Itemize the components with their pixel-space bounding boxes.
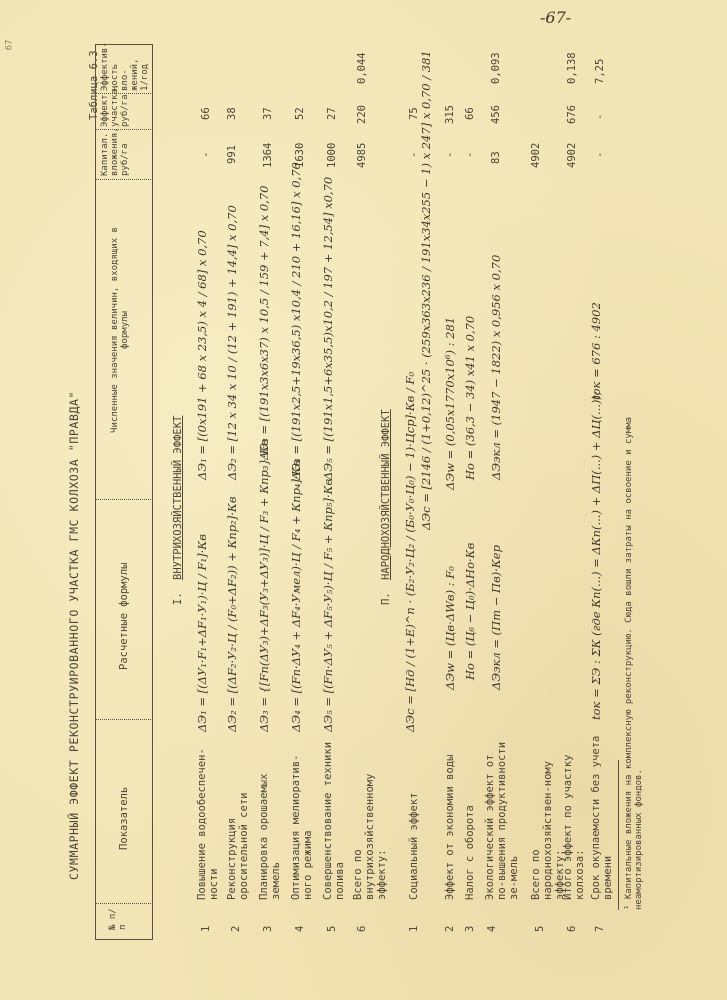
row-num: 4 <box>486 926 498 932</box>
row-num: 6 <box>566 926 578 932</box>
row-effect: 38 <box>226 107 238 120</box>
row-num: 2 <box>230 926 242 932</box>
row-num: 1 <box>200 926 212 932</box>
row-values: ΔЭ₁ = [(0x191 + 68 x 23,5) x 4 / 68] x 0… <box>196 230 208 480</box>
row-effect: 220 <box>356 105 368 124</box>
row-values: ΔЭс = [2146 / (1+0,12)^25 · (259x363x236… <box>420 50 432 530</box>
row-indicator: Итого эффект по участку колхоза: <box>562 730 586 900</box>
row-effect: 37 <box>262 107 274 120</box>
row-values: ΔЭ₂ = [12 x 34 x 10 / (12 + 191) + 14,4]… <box>226 205 238 480</box>
row-num: 4 <box>294 926 306 932</box>
row-effect: 75 <box>408 107 420 120</box>
row-num: 3 <box>464 926 476 932</box>
section-2-label: П. <box>380 592 392 605</box>
section-2-title: НАРОДНОХОЗЯЙСТВЕННЫЙ ЭФФЕКТ <box>380 409 392 580</box>
row-effect: 456 <box>490 105 502 124</box>
row-indicator: Срок окупаемости без учета времени <box>590 730 614 900</box>
row-capital: - <box>408 152 420 158</box>
row-capital: 1000 <box>326 143 338 168</box>
header-indicator: Показатель <box>118 787 130 850</box>
left-col-border <box>95 939 153 940</box>
row-formula: ΔЭ₃ = {[Fп(ΔУ₃)+ΔF₃(У₃+ΔУ₃)]·Ц / F₃ + Кп… <box>258 439 270 732</box>
row-num: 5 <box>534 926 546 932</box>
row-num: 5 <box>326 926 338 932</box>
row-indicator: Всего по внутрихозяйственному эффекту: <box>352 730 388 900</box>
row-capital: 1364 <box>262 143 274 168</box>
row-capital: 1630 <box>294 143 306 168</box>
footnote: ¹ Капитальные вложения на комплексную ре… <box>624 350 644 910</box>
col-divider-2 <box>95 719 153 720</box>
row-effect: 66 <box>200 107 212 120</box>
row-effect: 676 <box>566 105 578 124</box>
row-values: ΔЭ₄ = [(191x2,5+19x36,5) x10,4 / 210 + 1… <box>290 162 302 480</box>
row-capital: 83 <box>490 151 502 164</box>
row-capital: 4985 <box>356 143 368 168</box>
header-capital: Капитал. вложения, руб/га <box>100 130 130 176</box>
row-efficiency: 0,044 <box>356 52 368 84</box>
row-effect: 315 <box>444 105 456 124</box>
row-capital: - <box>464 152 476 158</box>
row-values: Hо = (36,3 − 34) x41 x 0,70 <box>464 316 476 480</box>
row-indicator: Эффект от экономии воды <box>444 730 456 900</box>
section-1-title: ВНУТРИХОЗЯЙСТВЕННЫЙ ЭФФЕКТ <box>172 416 184 580</box>
row-indicator: Оптимизация мелиоратив-ного режима <box>290 740 314 900</box>
row-indicator: Всего по народнохозяйствен-ному эффекту: <box>530 730 566 900</box>
row-formula: ΔЭэкл = (Пт − Пв)·Кер <box>490 545 502 690</box>
row-capital: 4902 <box>566 143 578 168</box>
row-values: ΔЭw = (0,05x1770x10⁶) : 281 <box>444 317 456 490</box>
table-title: СУММАРНЫЙ ЭФФЕКТ РЕКОНСТРУИРОВАННОГО УЧА… <box>68 391 80 880</box>
row-formula: ΔЭ₄ = [(Fп·ΔУ₄ + ΔF₄·Умел)·Ц / F₄ + Кпр₄… <box>290 460 302 732</box>
row-capital: - <box>200 152 212 158</box>
row-indicator: Реконструкция оросительной сети <box>226 740 250 900</box>
row-effect: - <box>594 114 606 120</box>
header-formulas: Расчетные формулы <box>118 563 130 670</box>
row-effect: 66 <box>464 107 476 120</box>
col-divider-3 <box>95 499 153 500</box>
row-efficiency: 0,138 <box>566 52 578 84</box>
row-effect: 27 <box>326 107 338 120</box>
row-efficiency: 0,093 <box>490 52 502 84</box>
row-num: 3 <box>262 926 274 932</box>
row-indicator: Налог с оборота <box>464 730 476 900</box>
row-indicator: Совершенствование техники полива <box>322 740 346 900</box>
row-formula: ΔЭс = [Hд / (1+E)^n · (Б₂·У₂·Ц₂ / (Б₀·У₀… <box>404 372 416 732</box>
row-formula: ΔЭw = (Цв·ΔWв) : F₀ <box>444 566 456 690</box>
row-indicator: Повышение водообеспечен-ности <box>196 740 220 900</box>
row-formula: ΔЭ₅ = [(Fп·ΔУ₅ + ΔF₅·У₅)·Ц / F₅ + Кпр₅]·… <box>322 479 334 732</box>
row-num: 1 <box>408 926 420 932</box>
row-formula: tок = ΣЭ : ΣК (где Кп(...) = ΔКп(...) + … <box>590 391 602 720</box>
col-divider-4 <box>95 179 153 180</box>
row-indicator: Социальный эффект <box>408 740 420 900</box>
row-effect: 52 <box>294 107 306 120</box>
rotated-document-page: Таблица 6.3 СУММАРНЫЙ ЭФФЕКТ РЕКОНСТРУИР… <box>0 0 727 1000</box>
row-values: ΔЭ₃ = [(191x3x6x37) x 10,5 / 159 + 7,4] … <box>258 186 270 460</box>
row-num: 2 <box>444 926 456 932</box>
row-formula: ΔЭ₂ = [(ΔF₂·У₂·Ц / (F₀+ΔF₂)) + Кпр₂]·Кв <box>226 496 238 732</box>
row-values: ΔЭ₅ = [(191x1,5+6x35,5)x10,2 / 197 + 12,… <box>322 177 334 480</box>
row-values: ΔЭэкл = (1947 − 1822) x 0,956 x 0,70 <box>490 255 502 480</box>
header-efficiency: Эффектив-ность вло-жений, 1/год <box>100 45 150 91</box>
header-values: Численные значения величин, входящих в ф… <box>110 220 130 440</box>
row-formula: ΔЭ₁ = [(ΔУ₁·F₁+ΔF₁·У₁)·Ц / F₁]·Кв <box>196 534 208 732</box>
row-indicator: Планировка орошаемых земель <box>258 740 282 900</box>
row-indicator: Экологический эффект от по-вышения проду… <box>484 730 520 900</box>
row-values: tок = 676 : 4902 <box>590 302 602 400</box>
table-label: Таблица 6.3 <box>88 50 100 120</box>
row-efficiency: 7,25 <box>594 59 606 84</box>
section-1-label: I. <box>172 592 184 605</box>
row-capital: 4902 <box>530 143 542 168</box>
row-capital: 991 <box>226 145 238 164</box>
row-num: 7 <box>594 926 606 932</box>
col-divider-1 <box>95 903 153 904</box>
footnote-rule <box>618 760 619 910</box>
row-capital: - <box>594 152 606 158</box>
header-effect: Эффект участка, руб/га <box>100 93 130 127</box>
row-num: 6 <box>356 926 368 932</box>
row-formula: Hо = (Ц₆ − Ц₀)·ΔHо·Кв <box>464 543 476 680</box>
row-capital: - <box>444 152 456 158</box>
header-num: № п/п <box>108 906 128 930</box>
